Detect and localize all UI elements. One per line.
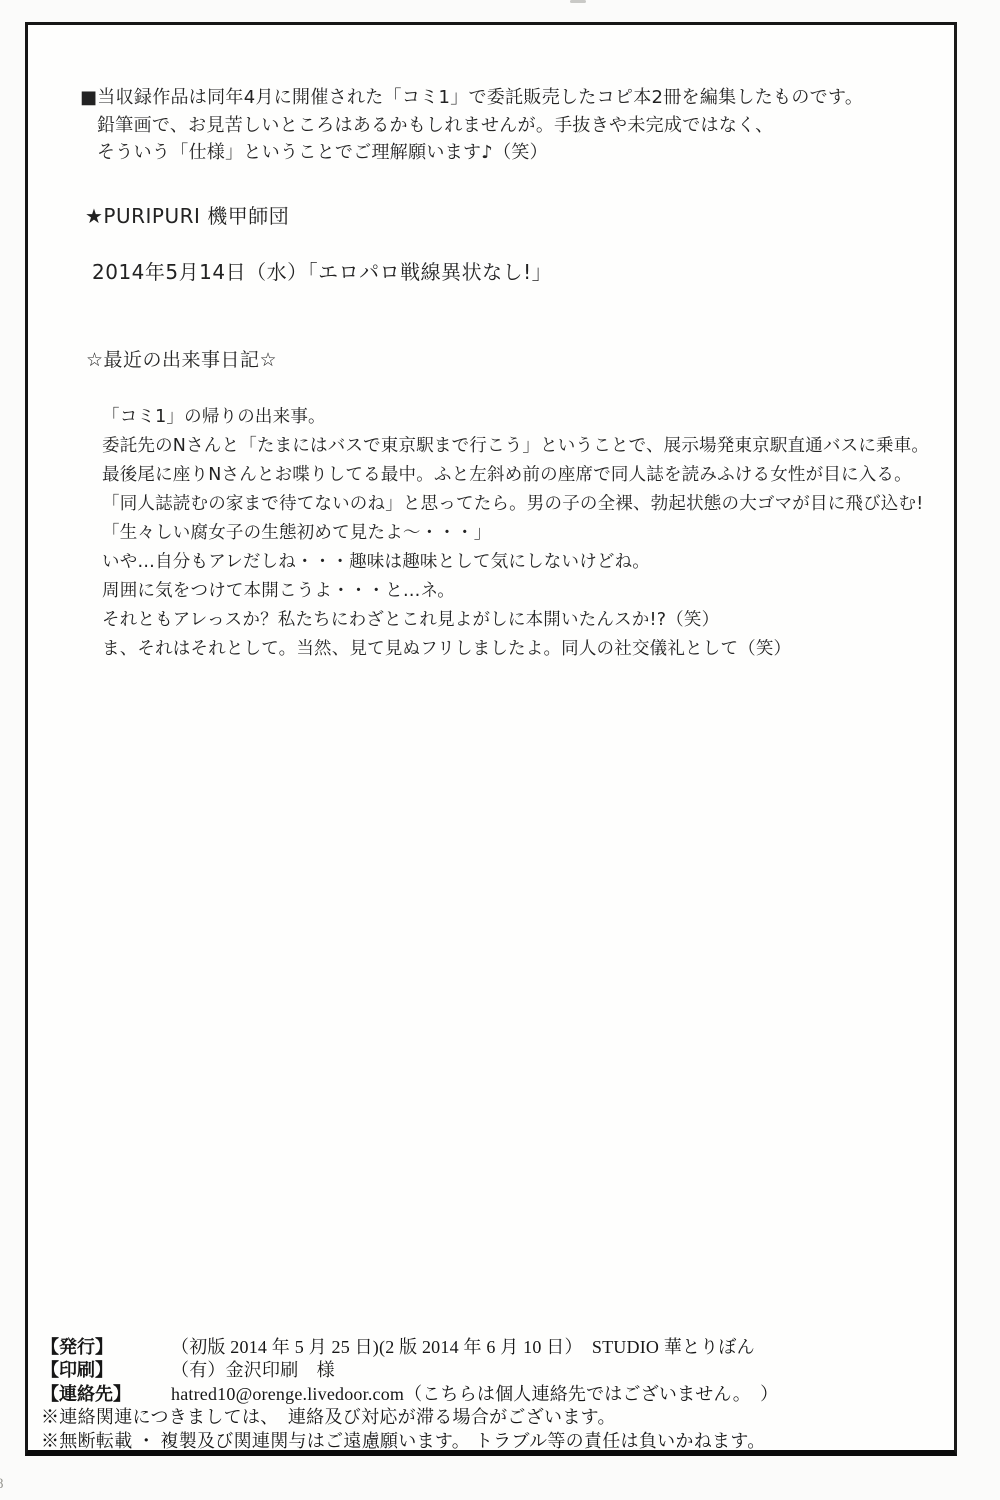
scan-artifact	[570, 0, 586, 3]
colophon-row-publisher: 【発行】 （初版 2014 年 5 月 25 日)(2 版 2014 年 6 月…	[41, 1336, 778, 1359]
diary-line: 周囲に気をつけて本開こうよ・・・と…ネ。	[102, 577, 929, 606]
intro-paragraph: ■当収録作品は同年4月に開催された「コミ1」で委託販売したコピ本2冊を編集したも…	[80, 84, 863, 167]
colophon-label: 【印刷】	[41, 1359, 171, 1382]
colophon: 【発行】 （初版 2014 年 5 月 25 日)(2 版 2014 年 6 月…	[41, 1336, 778, 1453]
page-number: 8	[0, 1476, 4, 1493]
intro-line: そういう「仕様」ということでご理解願います♪（笑）	[80, 139, 863, 167]
scanned-doujin-afterword-page: { "page_number": "8", "intro": { "lines"…	[0, 0, 1000, 1500]
colophon-row-contact: 【連絡先】 hatred10@orenge.livedoor.com（こちらは個…	[41, 1383, 778, 1406]
colophon-value: （有）金沢印刷 様	[171, 1359, 335, 1382]
page-frame: ■当収録作品は同年4月に開催された「コミ1」で委託販売したコピ本2冊を編集したも…	[25, 22, 957, 1456]
intro-line: ■当収録作品は同年4月に開催された「コミ1」で委託販売したコピ本2冊を編集したも…	[80, 84, 863, 112]
colophon-value: （初版 2014 年 5 月 25 日)(2 版 2014 年 6 月 10 日…	[171, 1336, 755, 1359]
diary-line: ま、それはそれとして。当然、見て見ぬフリしましたよ。同人の社交儀礼として（笑）	[102, 635, 929, 664]
colophon-note: ※連絡関連につきましては、 連絡及び対応が滞る場合がございます。	[41, 1406, 778, 1429]
diary-line: 「コミ1」の帰りの出来事。	[102, 403, 929, 432]
colophon-label: 【発行】	[41, 1336, 171, 1359]
intro-line: 鉛筆画で、お見苦しいところはあるかもしれませんが。手抜きや未完成ではなく、	[80, 112, 863, 140]
diary-line: それともアレっスか？私たちにわざとこれ見よがしに本開いたんスか!?（笑）	[102, 606, 929, 635]
circle-name: ★PURIPURI 機甲師団	[85, 200, 289, 229]
diary-line: いや…自分もアレだしね・・・趣味は趣味として気にしないけどね。	[102, 548, 929, 577]
colophon-label: 【連絡先】	[41, 1383, 171, 1406]
colophon-value: hatred10@orenge.livedoor.com（こちらは個人連絡先では…	[171, 1383, 778, 1406]
diary-line: 委託先のNさんと「たまにはバスで東京駅まで行こう」ということで、展示場発東京駅直…	[102, 432, 929, 461]
colophon-note: ※無断転載 ・ 複製及び関連関与はご遠慮願います。 トラブル等の責任は負いかねま…	[41, 1430, 778, 1453]
diary-line: 最後尾に座りNさんとお喋りしてる最中。ふと左斜め前の座席で同人誌を読みふける女性…	[102, 461, 929, 490]
diary-body: 「コミ1」の帰りの出来事。 委託先のNさんと「たまにはバスで東京駅まで行こう」と…	[102, 403, 929, 664]
colophon-row-printer: 【印刷】 （有）金沢印刷 様	[41, 1359, 778, 1382]
diary-line: 「生々しい腐女子の生態初めて見たよ～・・・」	[102, 519, 929, 548]
date-line: 2014年5月14日（水）「エロパロ戦線異状なし!」	[92, 256, 552, 285]
diary-line: 「同人誌読むの家まで待てないのね」と思ってたら。男の子の全裸、勃起状態の大ゴマが…	[102, 490, 929, 519]
diary-title: ☆最近の出来事日記☆	[86, 345, 277, 372]
